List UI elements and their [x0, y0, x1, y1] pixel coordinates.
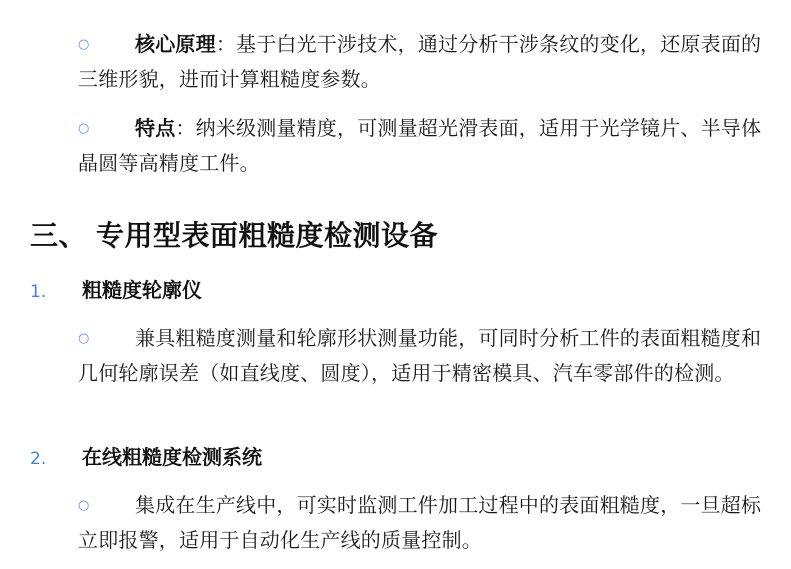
numbered-item-online-system: 2.在线粗糙度检测系统	[30, 442, 262, 474]
bullet-text: 兼具粗糙度测量和轮廓形状测量功能，可同时分析工件的表面粗糙度和几何轮廓误差（如直…	[78, 326, 761, 385]
hollow-circle-bullet-icon: ○	[78, 28, 135, 62]
bullet-item-core-principle: ○核心原理：基于白光干涉技术，通过分析干涉条纹的变化，还原表面的三维形貌，进而计…	[78, 27, 768, 96]
hollow-circle-bullet-icon: ○	[78, 489, 135, 523]
section-heading: 三、专用型表面粗糙度检测设备	[30, 214, 438, 254]
section-number: 三、	[30, 214, 96, 254]
section-title: 专用型表面粗糙度检测设备	[96, 219, 438, 252]
list-item-title: 在线粗糙度检测系统	[82, 445, 262, 469]
hollow-circle-bullet-icon: ○	[78, 112, 135, 146]
hollow-circle-bullet-icon: ○	[78, 322, 135, 356]
label-separator: ：	[216, 32, 236, 56]
numbered-item-profilometer: 1.粗糙度轮廓仪	[30, 275, 202, 307]
label-separator: ：	[175, 116, 195, 140]
bullet-label: 核心原理	[135, 32, 216, 56]
document-page: ○核心原理：基于白光干涉技术，通过分析干涉条纹的变化，还原表面的三维形貌，进而计…	[0, 0, 791, 569]
bullet-item-online-system-desc: ○集成在生产线中，可实时监测工件加工过程中的表面粗糙度，一旦超标立即报警，适用于…	[78, 488, 768, 557]
list-number: 2.	[30, 444, 82, 474]
bullet-text: 集成在生产线中，可实时监测工件加工过程中的表面粗糙度，一旦超标立即报警，适用于自…	[78, 493, 761, 552]
bullet-item-features: ○特点：纳米级测量精度，可测量超光滑表面，适用于光学镜片、半导体晶圆等高精度工件…	[78, 111, 768, 180]
bullet-item-profilometer-desc: ○兼具粗糙度测量和轮廓形状测量功能，可同时分析工件的表面粗糙度和几何轮廓误差（如…	[78, 321, 768, 390]
list-number: 1.	[30, 277, 82, 307]
list-item-title: 粗糙度轮廓仪	[82, 278, 202, 302]
bullet-label: 特点	[135, 116, 175, 140]
